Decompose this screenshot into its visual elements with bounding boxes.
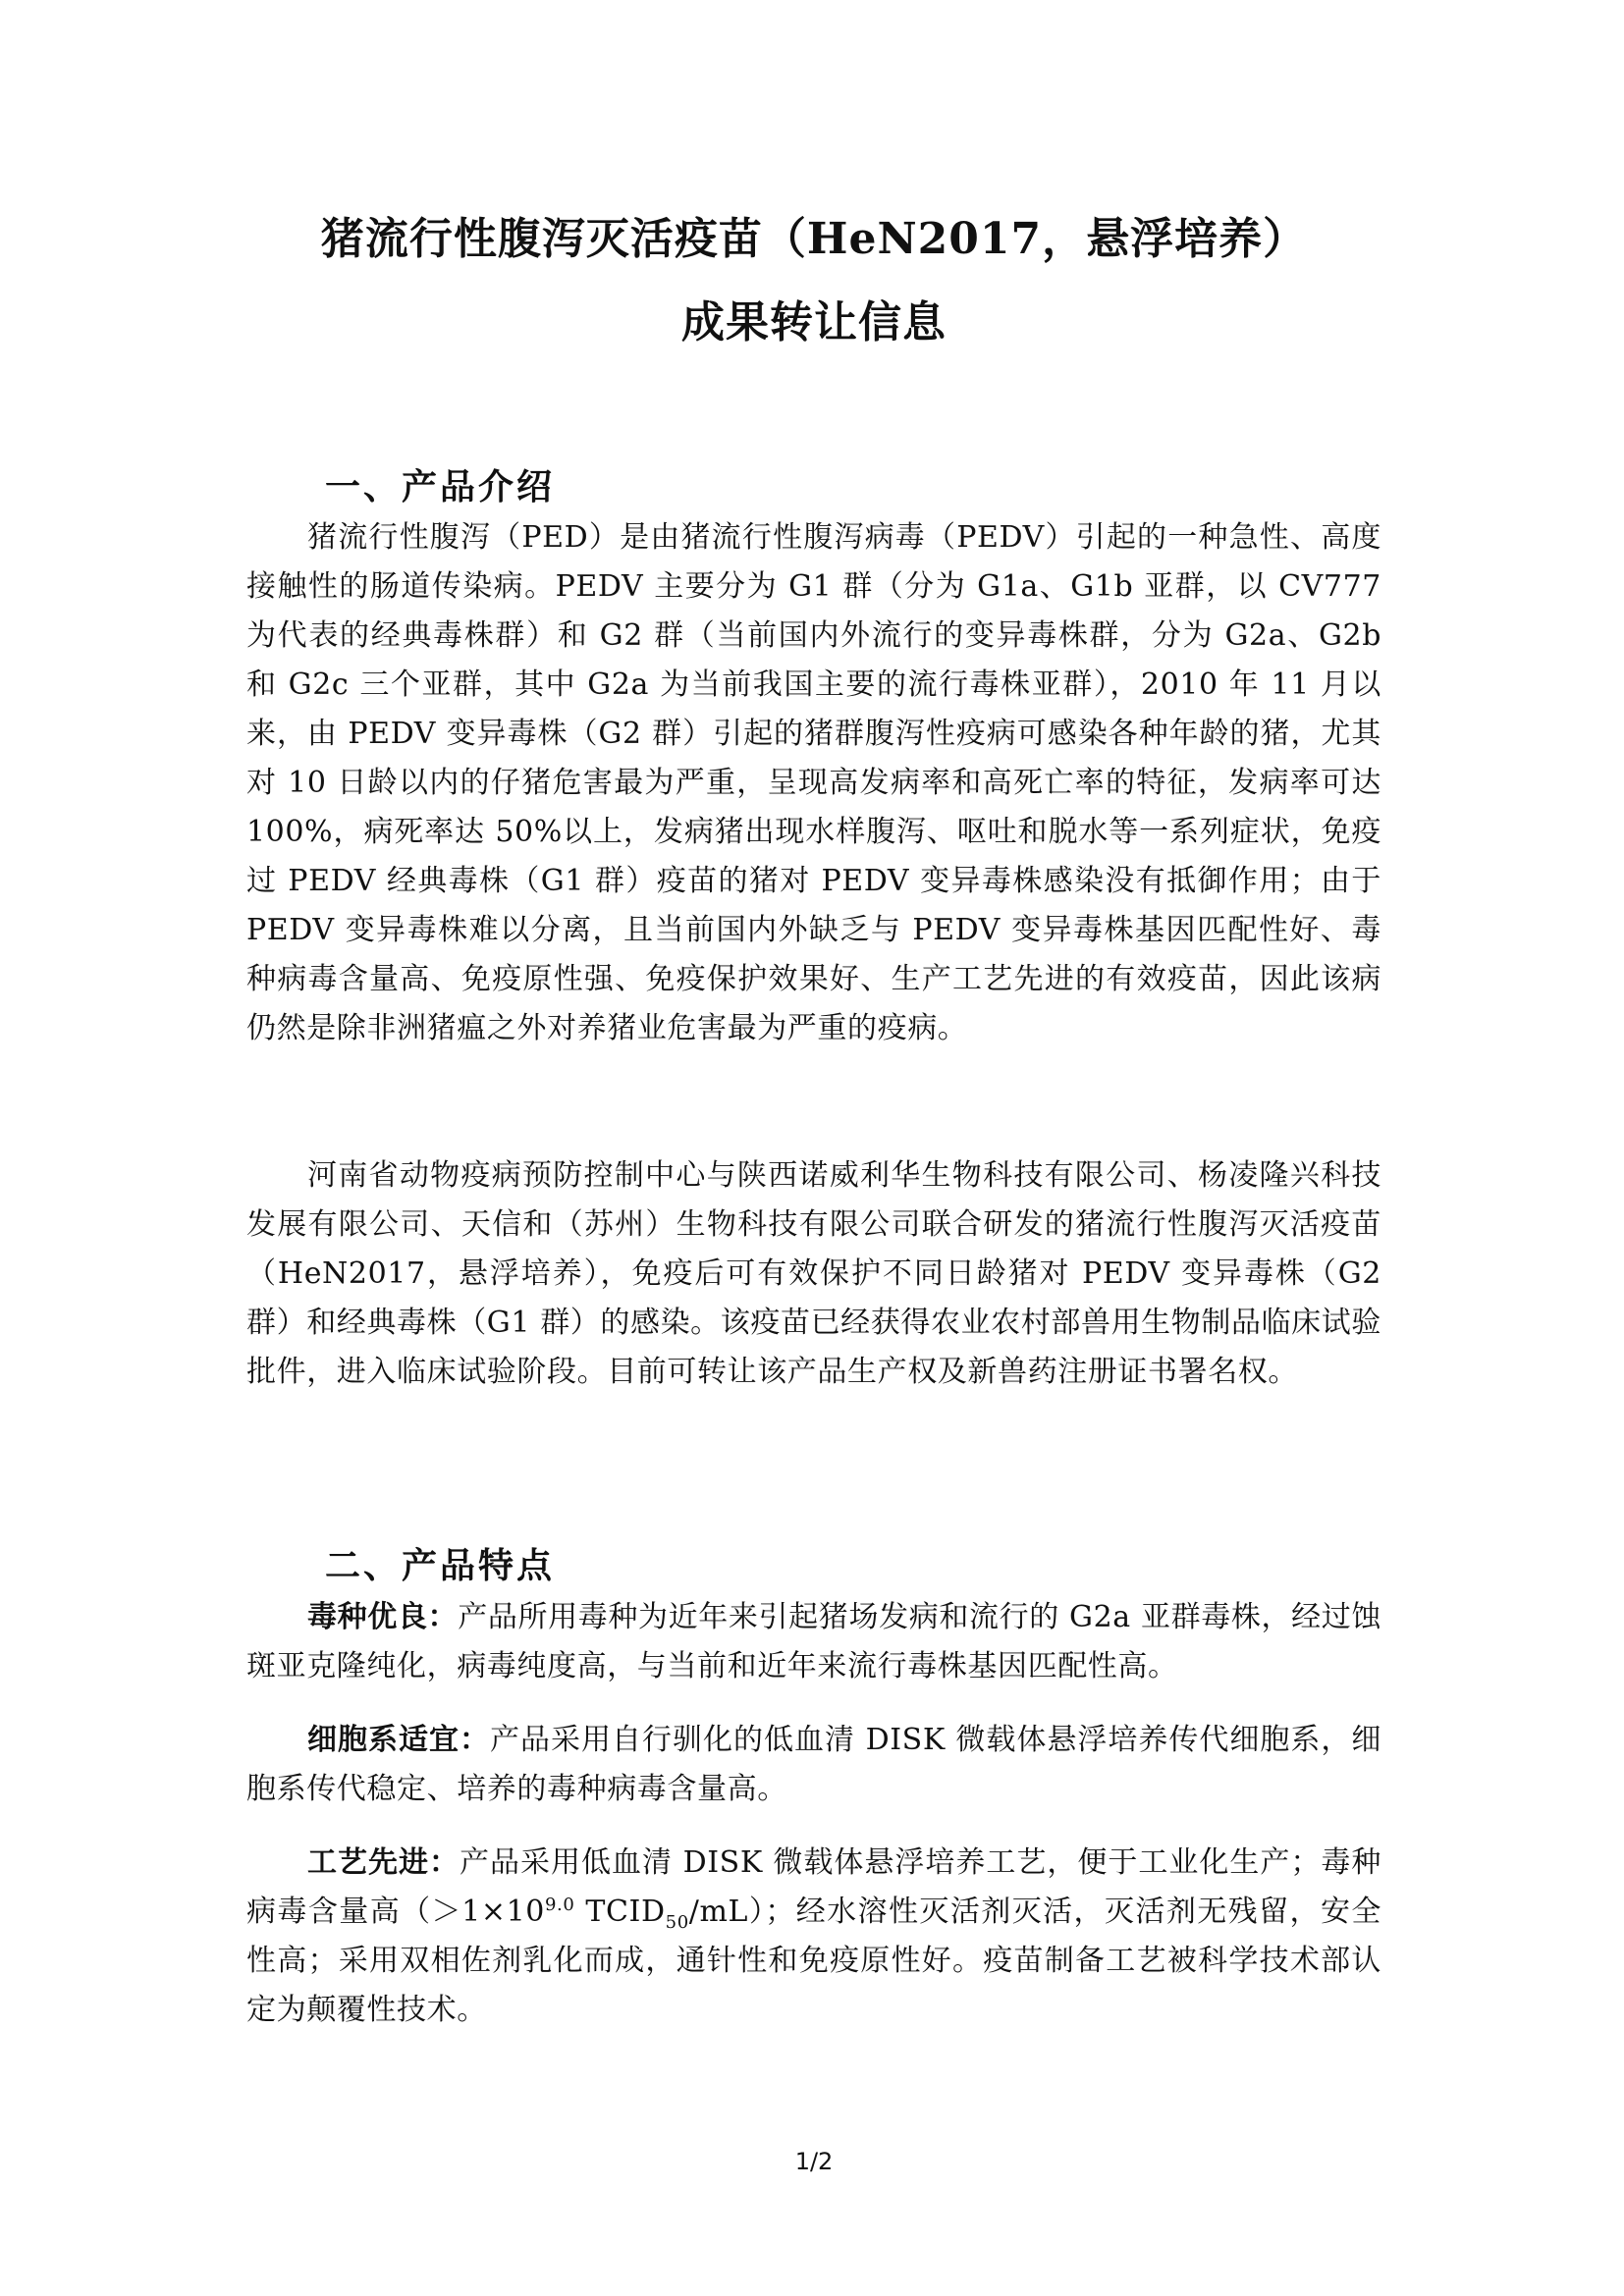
paragraph-vaccine-development: 河南省动物疫病预防控制中心与陕西诺威利华生物科技有限公司、杨凌隆兴科技发展有限公… [246,1151,1381,1397]
feature-lead-label: 毒种优良： [307,1600,458,1634]
page-number: 1/2 [246,2150,1381,2173]
document-title: 猪流行性腹泻灭活疫苗（HeN2017，悬浮培养） [246,218,1381,261]
section-heading-product-features: 二、产品特点 [325,1548,555,1583]
section-heading-product-intro: 一、产品介绍 [325,469,555,505]
feature-lead-label: 工艺先进： [307,1845,460,1880]
document-subtitle: 成果转让信息 [246,301,1381,345]
feature-cell-line: 细胞系适宜：产品采用自行驯化的低血清 DISK 微载体悬浮培养传代细胞系，细胞系… [246,1716,1381,1814]
feature-lead-label: 细胞系适宜： [307,1723,490,1757]
exponent: 9.0 [545,1895,574,1915]
feature-text: TCID [574,1895,665,1929]
feature-strain-quality: 毒种优良：产品所用毒种为近年来引起猪场发病和流行的 G2a 亚群毒株，经过蚀斑亚… [246,1593,1381,1691]
feature-advanced-process: 工艺先进：产品采用低血清 DISK 微载体悬浮培养工艺，便于工业化生产；毒种病毒… [246,1839,1381,2035]
subscript: 50 [666,1912,689,1933]
paragraph-disease-background: 猪流行性腹泻（PED）是由猪流行性腹泻病毒（PEDV）引起的一种急性、高度接触性… [246,513,1381,1053]
